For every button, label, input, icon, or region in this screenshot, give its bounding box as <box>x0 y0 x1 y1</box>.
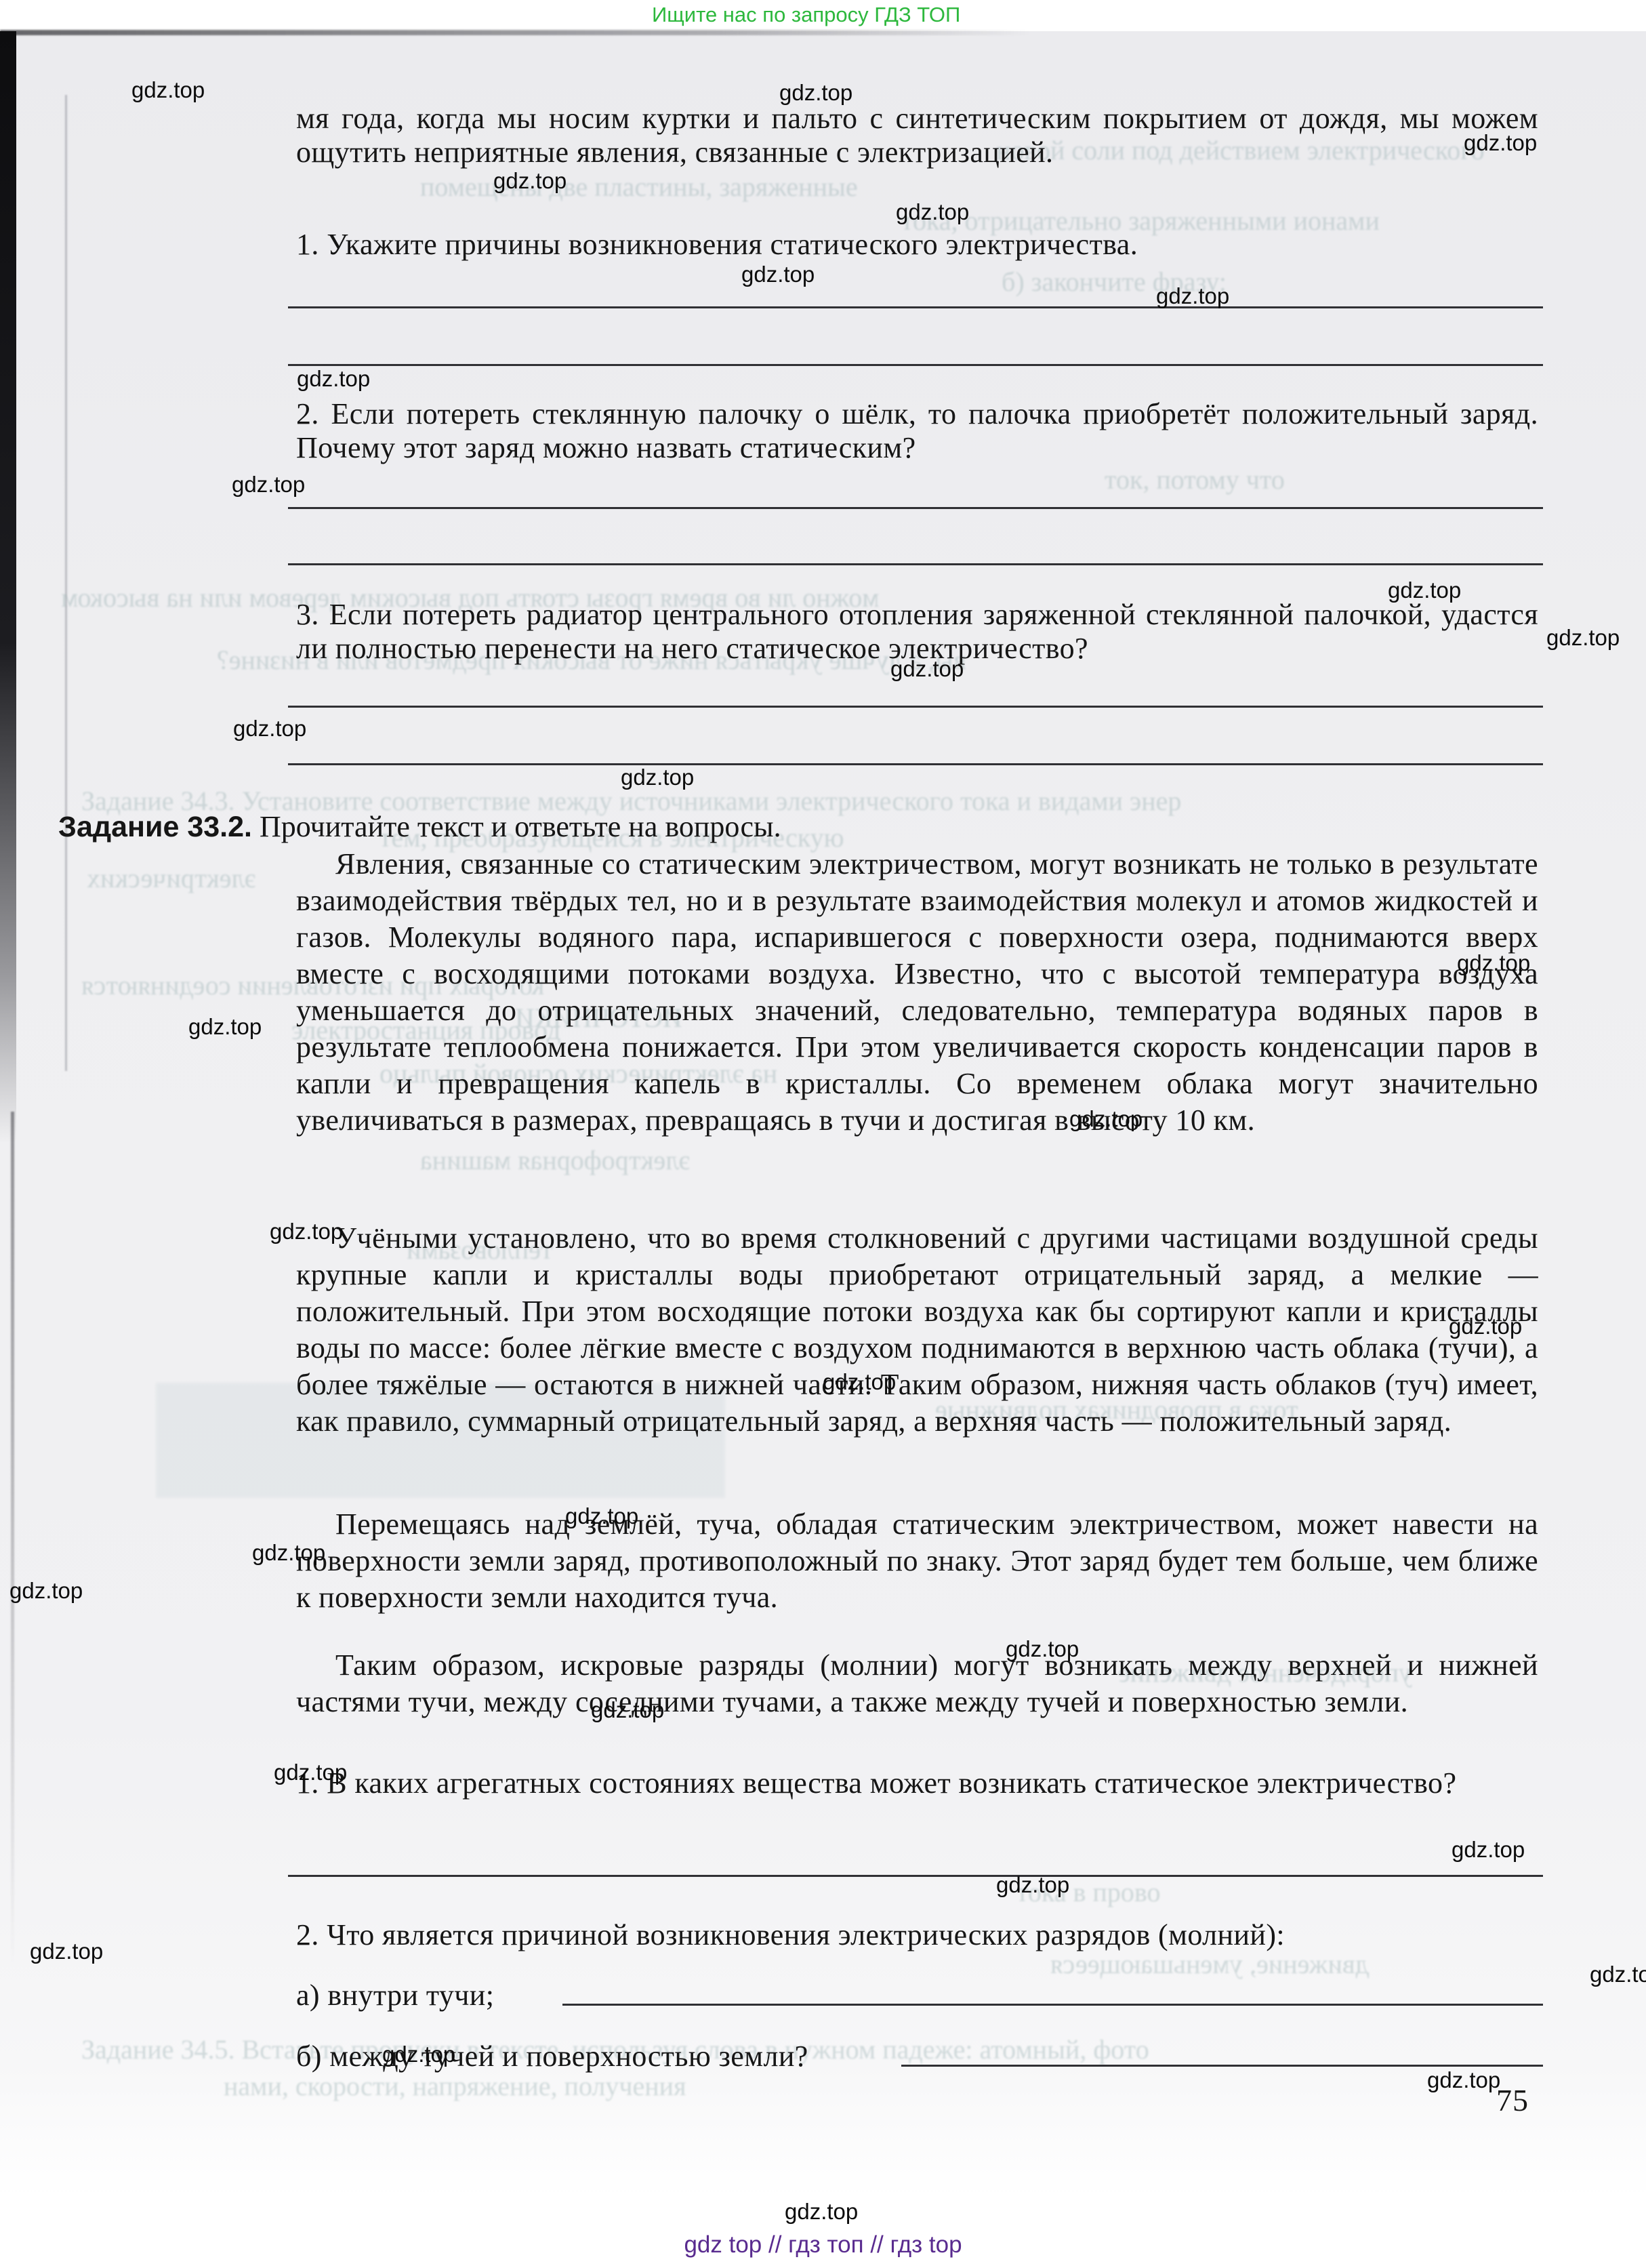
watermark-text: gdz.top <box>1427 2067 1500 2093</box>
watermark-text: gdz.top <box>297 366 370 392</box>
watermark-text: gdz.top <box>1457 950 1530 976</box>
intro-paragraph: мя года, когда мы носим куртки и пальто … <box>296 102 1538 169</box>
item-a: а) внутри тучи; <box>296 1978 494 2012</box>
watermark-text: gdz.top <box>741 262 815 287</box>
bleedthrough-line: электрофорная машина <box>420 1144 691 1176</box>
watermark-text: gdz.top <box>232 472 305 498</box>
answer-line <box>288 507 1543 509</box>
watermark-text: gdz.top <box>823 1369 896 1395</box>
task-label: Задание 33.2. <box>58 811 252 843</box>
watermark-text: gdz.top <box>9 1578 83 1604</box>
site-footer-link[interactable]: gdz top // гдз топ // гдз top <box>0 2231 1646 2259</box>
question-2: 2. Если потереть стеклянную палочку о шё… <box>296 397 1538 465</box>
watermark-text: gdz.top <box>785 2199 858 2225</box>
watermark-text: gdz.top <box>493 168 567 194</box>
watermark-text: gdz.top <box>1464 130 1537 156</box>
task-instruction: Прочитайте текст и ответьте на вопросы. <box>252 810 781 843</box>
answer-line <box>288 1875 1543 1877</box>
watermark-text: gdz.top <box>565 1503 638 1529</box>
answer-line <box>562 2004 1543 2006</box>
watermark-text: gdz.top <box>382 2042 455 2067</box>
answer-line <box>288 364 1543 366</box>
watermark-text: gdz.top <box>131 77 205 103</box>
site-header-link[interactable]: Ищите нас по запросу ГДЗ ТОП <box>652 3 960 27</box>
watermark-text: gdz.top <box>252 1540 325 1566</box>
watermark-text: gdz.top <box>274 1760 347 1785</box>
answer-line <box>288 306 1543 308</box>
watermark-text: gdz.top <box>1449 1314 1522 1339</box>
body-paragraph-3: Перемещаясь над землёй, туча, обладая ст… <box>296 1506 1538 1616</box>
watermark-text: gdz.top <box>188 1014 262 1040</box>
body-paragraph-2: Учёными установлено, что во время столкн… <box>296 1220 1538 1440</box>
watermark-text: gdz.top <box>591 1697 664 1723</box>
page-root: новой соли под действием электрическогоп… <box>0 0 1646 2268</box>
bleedthrough-line: нами, скорости, напряжение, получения <box>224 2070 686 2102</box>
text-question-1: 1. В каких агрегатных состояниях веществ… <box>296 1766 1538 1800</box>
text-question-2: 2. Что является причиной возникновения э… <box>296 1918 1538 1952</box>
answer-line <box>901 2065 1543 2067</box>
watermark-text: gdz.top <box>1006 1636 1079 1662</box>
page-left-edge-fade <box>11 1112 14 1966</box>
watermark-text: gdz.top <box>1069 1106 1143 1132</box>
watermark-text: gdz.top <box>890 656 964 682</box>
watermark-text: gdz.top <box>1546 625 1620 651</box>
watermark-text: gdz.top <box>779 80 852 106</box>
task-heading: Задание 33.2. Прочитайте текст и ответьт… <box>58 809 1538 845</box>
bleedthrough-line: ток, потому что <box>1105 464 1285 495</box>
question-1: 1. Укажите причины возникновения статиче… <box>296 228 1538 262</box>
bleedthrough-line: помещены две пластины, заряженные <box>420 171 858 203</box>
body-paragraph-1: Явления, связанные со статическим электр… <box>296 846 1538 1139</box>
answer-line <box>288 706 1543 708</box>
page-left-edge <box>0 31 16 1143</box>
bleedthrough-line: движение, уменьшающееся <box>1050 1948 1369 1980</box>
item-b: б) между тучей и поверхностью земли? <box>296 2039 808 2073</box>
watermark-text: gdz.top <box>233 716 306 742</box>
body-paragraph-4: Таким образом, искровые разряды (молнии)… <box>296 1647 1538 1720</box>
answer-line <box>288 763 1543 765</box>
watermark-text: gdz.top <box>1590 1962 1646 1987</box>
scan-top-edge <box>0 30 1030 35</box>
watermark-text: gdz.top <box>270 1219 343 1244</box>
watermark-text: gdz.top <box>1388 578 1461 603</box>
watermark-text: gdz.top <box>30 1939 103 1964</box>
answer-line <box>288 563 1543 565</box>
watermark-text: gdz.top <box>996 1872 1069 1898</box>
watermark-text: gdz.top <box>1452 1837 1525 1863</box>
question-3: 3. Если потереть радиатор центрального о… <box>296 598 1538 666</box>
bleedthrough-line: электрических <box>87 862 256 894</box>
watermark-text: gdz.top <box>621 765 694 790</box>
page-number: 75 <box>1496 2082 1529 2118</box>
watermark-text: gdz.top <box>896 199 969 225</box>
watermark-text: gdz.top <box>1156 283 1229 309</box>
